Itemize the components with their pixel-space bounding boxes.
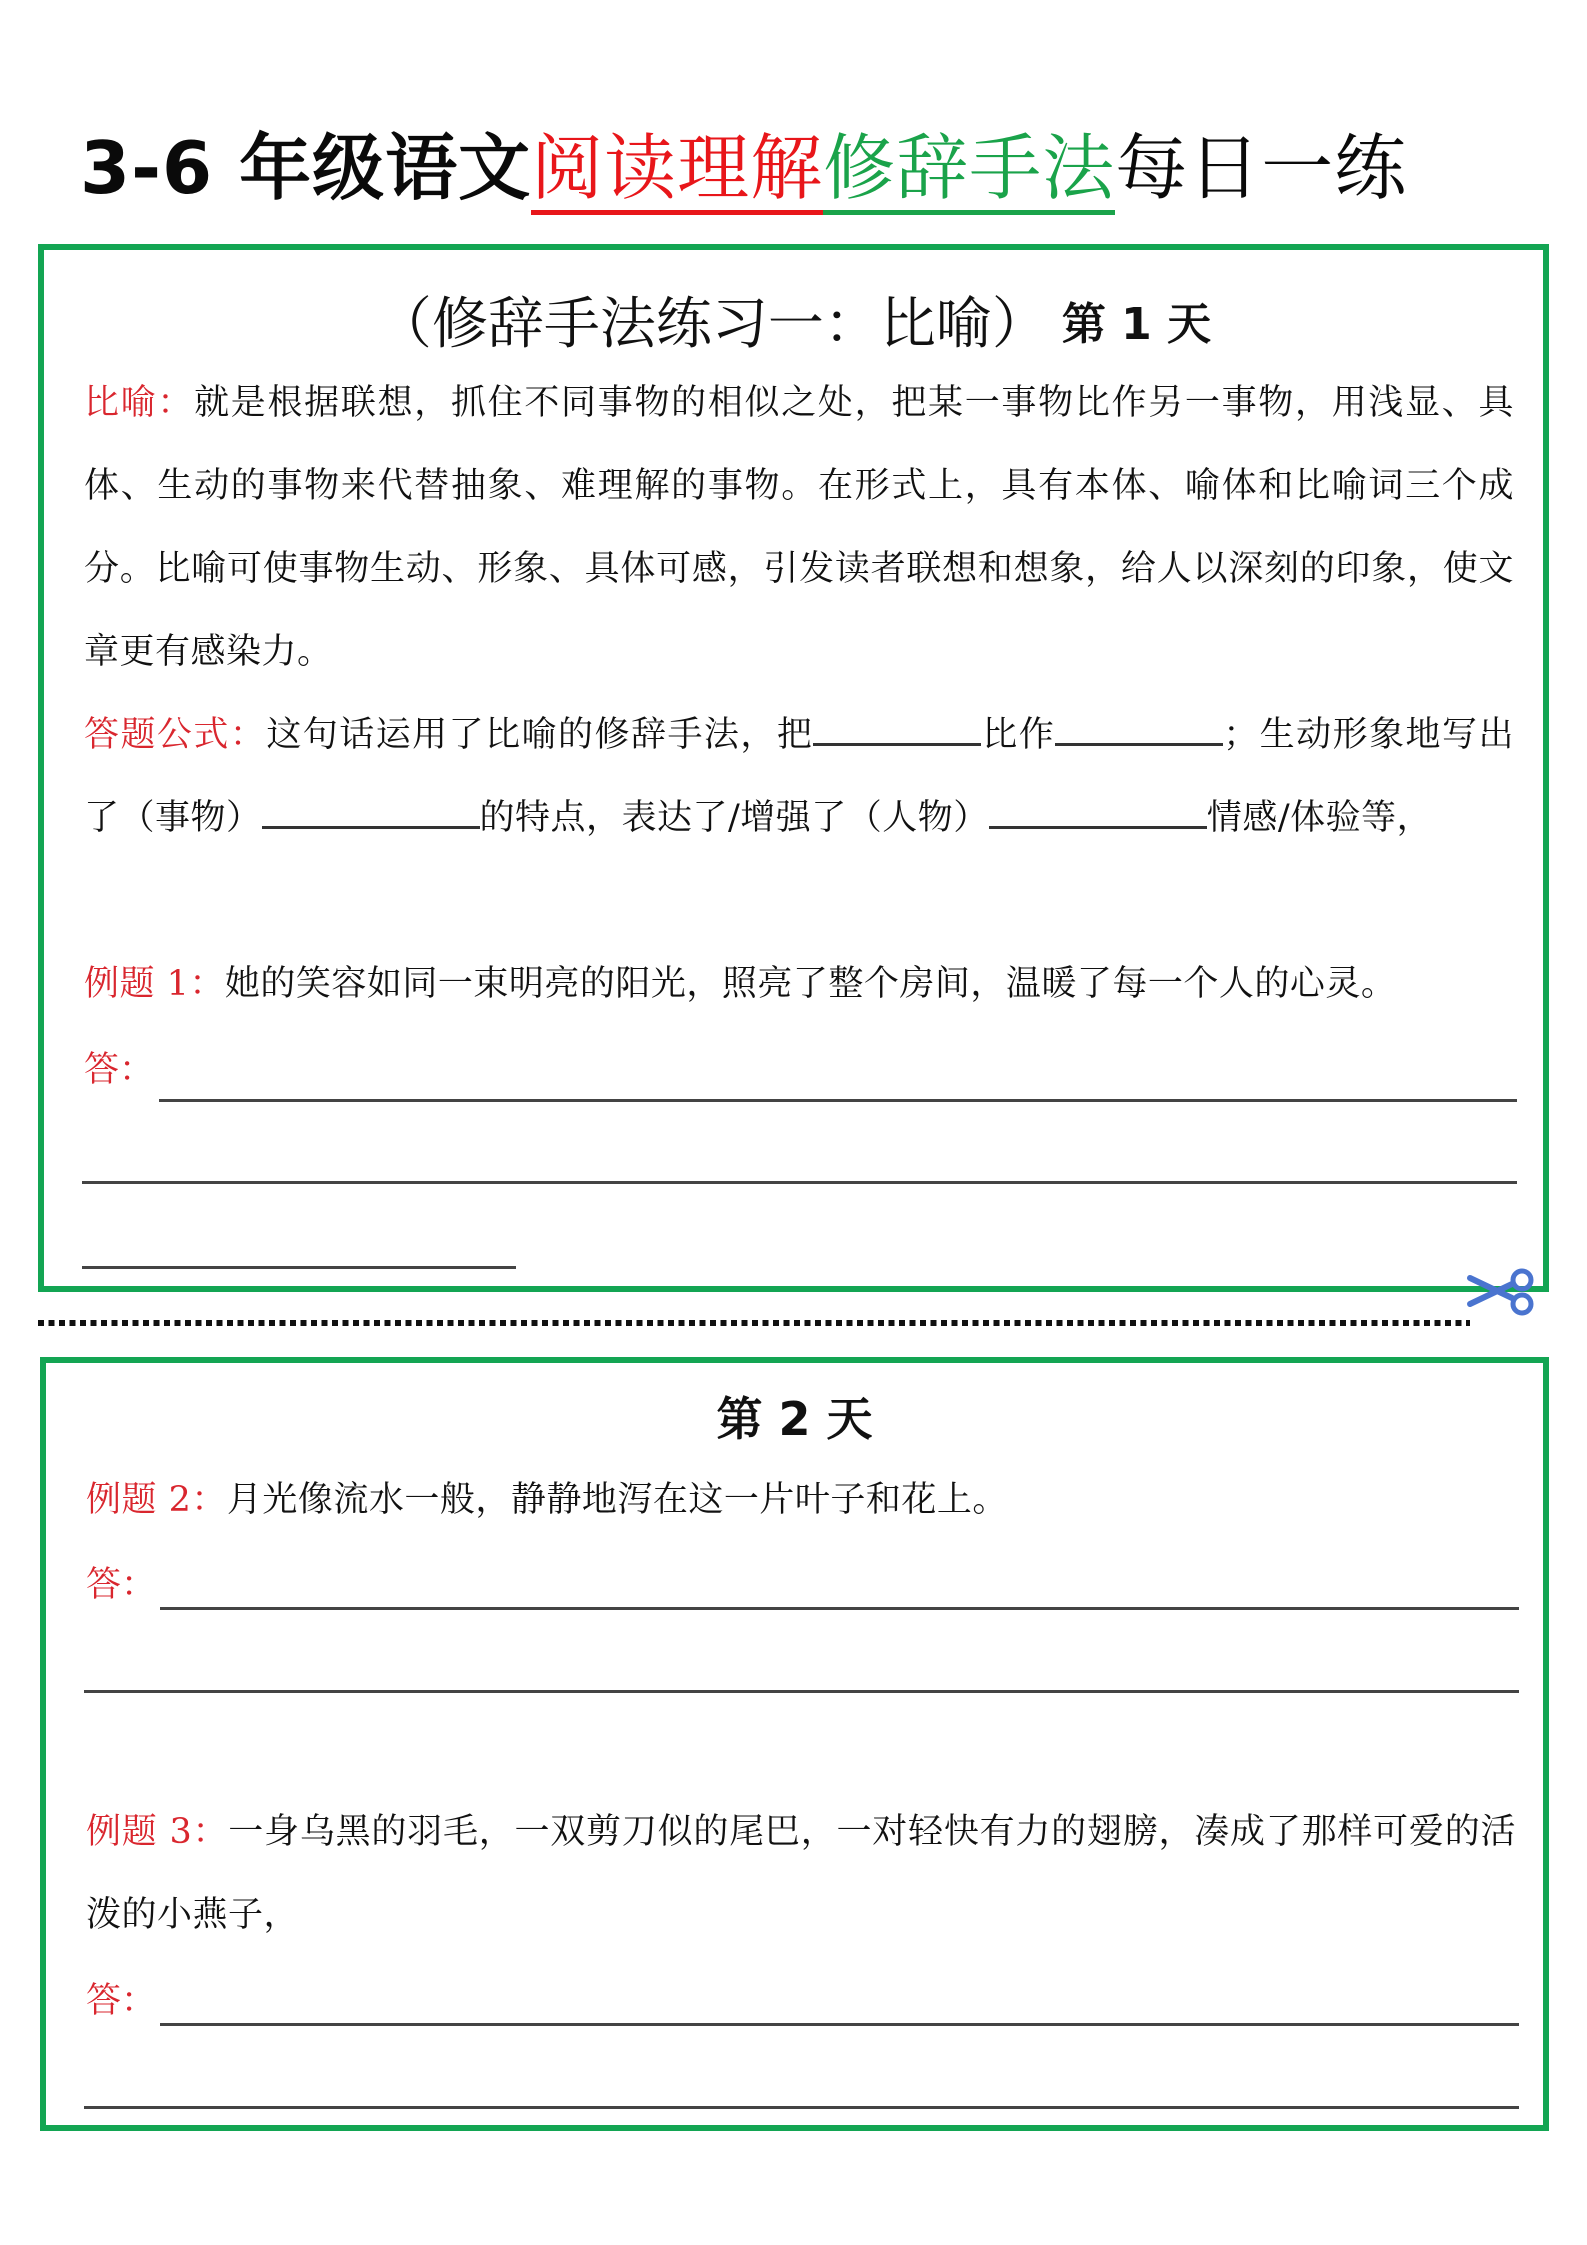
example1: 例题 1：她的笑容如同一束明亮的阳光，照亮了整个房间，温暖了每一个人的心灵。 bbox=[84, 943, 1514, 1026]
answer-label: 答： bbox=[84, 1040, 154, 1100]
answer-line-3[interactable] bbox=[82, 1266, 516, 1269]
example3-text: 一身乌黑的羽毛，一双剪刀似的尾巴，一对轻快有力的翅膀，凑成了那样可爱的活泼的小燕… bbox=[86, 1812, 1516, 1935]
formula-blank-feature[interactable] bbox=[262, 799, 480, 829]
scissors-icon bbox=[1462, 1260, 1542, 1320]
title-grade: 3-6 年级语文 bbox=[80, 126, 531, 210]
example2-label: 例题 2： bbox=[86, 1480, 227, 1520]
topic-title: （修辞手法练习一：比喻） bbox=[376, 292, 1048, 357]
definition-paragraph: 比喻：就是根据联想，抓住不同事物的相似之处，把某一事物比作另一事物，用浅显、具体… bbox=[84, 362, 1514, 694]
answer-label: 答： bbox=[86, 1971, 156, 2031]
example1-answer: 答： bbox=[84, 1040, 1524, 1100]
formula-part2: 比作 bbox=[981, 715, 1055, 755]
formula-label: 答题公式： bbox=[84, 715, 266, 755]
example3-answer: 答： bbox=[86, 1971, 1526, 2031]
day1-heading: （修辞手法练习一：比喻）第 1 天 bbox=[44, 280, 1543, 360]
formula-part4: 的特点，表达了/增强了（人物） bbox=[480, 798, 989, 838]
answer-line-6[interactable] bbox=[160, 2023, 1519, 2026]
formula-blank-vehicle[interactable] bbox=[1055, 716, 1223, 746]
formula-blank-tenor[interactable] bbox=[813, 716, 981, 746]
answer-line-4[interactable] bbox=[160, 1607, 1519, 1610]
day2-heading: 第 2 天 bbox=[46, 1383, 1543, 1449]
example3-label: 例题 3： bbox=[86, 1812, 228, 1852]
title-rhetoric: 修辞手法 bbox=[823, 126, 1115, 215]
formula-part5: 情感/体验等， bbox=[1207, 798, 1432, 838]
day1-label: 第 1 天 bbox=[1062, 299, 1211, 350]
example3: 例题 3：一身乌黑的羽毛，一双剪刀似的尾巴，一对轻快有力的翅膀，凑成了那样可爱的… bbox=[86, 1791, 1516, 1957]
example1-label: 例题 1： bbox=[84, 964, 225, 1004]
example2-text: 月光像流水一般，静静地泻在这一片叶子和花上。 bbox=[227, 1480, 1008, 1520]
answer-label: 答： bbox=[86, 1555, 156, 1615]
formula-blank-emotion[interactable] bbox=[989, 799, 1207, 829]
day1-card: （修辞手法练习一：比喻）第 1 天 比喻：就是根据联想，抓住不同事物的相似之处，… bbox=[38, 244, 1549, 1292]
answer-line-5[interactable] bbox=[84, 1690, 1519, 1693]
answer-line-1[interactable] bbox=[159, 1099, 1517, 1102]
answer-line-2[interactable] bbox=[82, 1181, 1517, 1184]
day2-card: 第 2 天 例题 2：月光像流水一般，静静地泻在这一片叶子和花上。 答： 例题 … bbox=[40, 1357, 1549, 2131]
title-daily: 每日一练 bbox=[1115, 126, 1407, 210]
title-reading: 阅读理解 bbox=[531, 126, 823, 215]
worksheet-title: 3-6 年级语文阅读理解修辞手法每日一练 bbox=[80, 118, 1510, 218]
example2-answer: 答： bbox=[86, 1555, 1526, 1615]
example1-text: 她的笑容如同一束明亮的阳光，照亮了整个房间，温暖了每一个人的心灵。 bbox=[225, 964, 1397, 1004]
formula-part1: 这句话运用了比喻的修辞手法，把 bbox=[266, 715, 813, 755]
day2-label: 第 2 天 bbox=[716, 1392, 872, 1446]
definition-label: 比喻： bbox=[84, 383, 194, 423]
cut-dotted-line bbox=[38, 1320, 1470, 1326]
definition-text: 就是根据联想，抓住不同事物的相似之处，把某一事物比作另一事物，用浅显、具体、生动… bbox=[84, 383, 1514, 672]
answer-line-7[interactable] bbox=[84, 2106, 1519, 2109]
example2: 例题 2：月光像流水一般，静静地泻在这一片叶子和花上。 bbox=[86, 1459, 1516, 1542]
formula-paragraph: 答题公式：这句话运用了比喻的修辞手法，把比作；生动形象地写出了（事物）的特点，表… bbox=[84, 694, 1514, 860]
